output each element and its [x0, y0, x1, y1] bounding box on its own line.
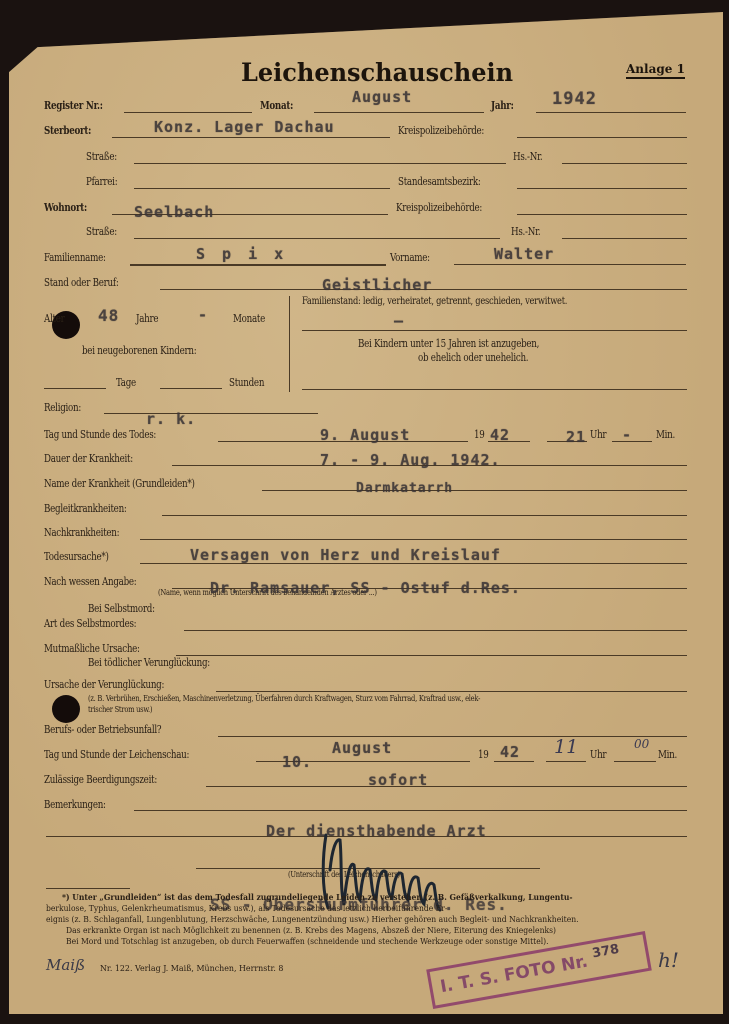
kinder-note-line1: Bei Kindern unter 15 Jahren ist anzugebe… [358, 337, 539, 350]
alter-monate-label: Monate [233, 312, 265, 325]
leichenschau-uhr-label: Uhr [590, 748, 606, 761]
document-title: Leichenschauschein [241, 58, 513, 87]
mutmassliche-label: Mutmaßliche Ursache: [44, 642, 140, 655]
bemerkungen-line [134, 810, 687, 811]
footnote-line-4: Das erkrankte Organ ist nach Möglichkeit… [66, 925, 556, 935]
nachkrankheiten-line [140, 539, 687, 540]
register-nr-label: Register Nr.: [44, 99, 103, 112]
todestag-hour-value: 21 [566, 428, 586, 446]
name-krankheit-line [262, 490, 687, 491]
strasse-2-label: Straße: [86, 225, 117, 238]
leichenschau-min-label: Min. [658, 748, 677, 761]
standesamtsbezirk-label: Standesamtsbezirk: [398, 175, 481, 188]
dauer-label: Dauer der Krankheit: [44, 452, 133, 465]
neugeboren-label: bei neugeborenen Kindern: [82, 344, 196, 357]
todestag-min-value: - [622, 426, 632, 444]
alter-jahre-value: 48 [98, 306, 119, 325]
monat-label: Monat: [260, 99, 293, 112]
monat-value: August [352, 88, 412, 106]
ursache-hint-line2: trischer Strom usw.) [88, 705, 152, 715]
todesursache-value: Versagen von Herz und Kreislauf [190, 546, 501, 564]
familienname-value: S p i x [196, 245, 287, 263]
leichenschau-year-line [494, 761, 534, 762]
todestag-year-prefix: 19 [474, 428, 485, 441]
pfarrei-label: Pfarrei: [86, 175, 117, 188]
footnote-line-2: berkulose, Typhus, Gelenkrheumatismus, K… [46, 903, 447, 913]
kreispolizei-1-line [517, 137, 687, 138]
leichenschau-year-prefix: 19 [478, 748, 489, 761]
standesamtsbezirk-line [517, 188, 687, 189]
stunden-line [160, 388, 222, 389]
publisher-imprint: Nr. 122. Verlag J. Maiß, München, Herrns… [100, 964, 283, 974]
wohnort-value: Seelbach [134, 203, 214, 221]
hsnr-2-line [562, 238, 687, 239]
leichenschau-year-value: 42 [500, 743, 520, 761]
name-krankheit-value: Darmkatarrh [356, 481, 453, 496]
punch-hole-bottom [52, 695, 80, 723]
kinder-line [302, 389, 687, 390]
jahr-value: 1942 [552, 89, 597, 109]
leichenschau-month-value: August [332, 739, 392, 757]
footnote-line-3: eignis (z. B. Schlaganfall, Lungenblutun… [46, 914, 579, 924]
monat-line [314, 112, 484, 113]
art-selbstmord-label: Art des Selbstmordes: [44, 617, 136, 630]
kreispolizei-2-label: Kreispolizeibehörde: [396, 201, 482, 214]
ursache-verunglueckung-label: Ursache der Verunglückung: [44, 678, 164, 691]
hsnr-1-label: Hs.-Nr. [513, 150, 542, 163]
leichenschau-min-value: 00 [634, 737, 649, 751]
register-nr-line [124, 112, 252, 113]
sterbeort-label: Sterbeort: [44, 124, 91, 137]
angabe-value: Dr. Ramsauer, SS - Ostuf d.Res. [210, 579, 521, 597]
toedlich-label: Bei tödlicher Verunglückung: [88, 656, 210, 669]
kreispolizei-2-line [517, 214, 687, 215]
alter-monate-value: - [198, 306, 208, 324]
religion-value: r. k. [146, 410, 196, 428]
begleitkrankheiten-line [162, 515, 687, 516]
tage-label: Tage [116, 376, 136, 389]
footnote-line-1: *) Unter „Grundleiden“ ist das dem Todes… [62, 892, 573, 902]
hsnr-2-label: Hs.-Nr. [511, 225, 540, 238]
todestag-date-value: 9. August [320, 426, 410, 444]
selbstmord-label: Bei Selbstmord: [88, 602, 155, 615]
age-block-divider [289, 296, 290, 392]
begleitkrankheiten-label: Begleitkrankheiten: [44, 502, 127, 515]
stunden-label: Stunden [229, 376, 264, 389]
alter-jahre-label: Jahre [136, 312, 158, 325]
familienname-line [130, 264, 386, 266]
hsnr-1-line [562, 163, 687, 164]
familienstand-line [302, 330, 687, 331]
pfarrei-line [134, 188, 390, 189]
jahr-line [536, 112, 686, 113]
publisher-logo: Maiß [46, 956, 85, 974]
vorname-line [454, 264, 686, 265]
leichenschau-hour-line [546, 761, 586, 762]
vorname-label: Vorname: [390, 251, 430, 264]
religion-line [104, 413, 318, 414]
footnote-rule [46, 888, 130, 889]
dauer-value: 7. - 9. Aug. 1942. [320, 451, 501, 469]
mutmassliche-line [176, 655, 687, 656]
nachkrankheiten-label: Nachkrankheiten: [44, 526, 119, 539]
strasse-1-label: Straße: [86, 150, 117, 163]
strasse-2-line [134, 238, 500, 239]
kinder-note-line2: ob ehelich oder unehelich. [418, 351, 528, 364]
sterbeort-line [112, 137, 390, 138]
todestag-label: Tag und Stunde des Todes: [44, 428, 156, 441]
beerdigung-label: Zulässige Beerdigungszeit: [44, 773, 157, 786]
name-krankheit-label: Name der Krankheit (Grundleiden*) [44, 477, 195, 490]
todestag-min-label: Min. [656, 428, 675, 441]
handwritten-initials: h! [658, 948, 679, 972]
kreispolizei-1-label: Kreispolizeibehörde: [398, 124, 484, 137]
jahr-label: Jahr: [491, 99, 514, 112]
wohnort-label: Wohnort: [44, 201, 87, 214]
familienname-label: Familienname: [44, 251, 106, 264]
berufsunfall-line [218, 736, 687, 737]
sterbeort-value: Konz. Lager Dachau [154, 118, 335, 136]
stand-beruf-value: Geistlicher [322, 276, 432, 294]
beerdigung-line [206, 786, 687, 787]
todestag-year-value: 42 [490, 426, 510, 444]
ursache-hint-line1: (z. B. Verbrühen, Erschießen, Maschinenv… [88, 694, 480, 704]
leichenschau-label: Tag und Stunde der Leichenschau: [44, 748, 189, 761]
vorname-value: Walter [494, 245, 554, 263]
leichenschau-min-line [614, 761, 656, 762]
strasse-1-line [134, 163, 506, 164]
todestag-uhr-label: Uhr [590, 428, 606, 441]
bemerkungen-label: Bemerkungen: [44, 798, 106, 811]
annex-label: Anlage 1 [626, 62, 685, 79]
leichenschau-hour-value: 11 [554, 736, 578, 758]
familienstand-value: — [394, 312, 404, 330]
todesursache-label: Todesursache*) [44, 550, 109, 563]
ursache-verunglueckung-line [216, 691, 687, 692]
leichenschau-day-value: 10. [282, 753, 312, 771]
stand-beruf-label: Stand oder Beruf: [44, 276, 118, 289]
berufsunfall-label: Berufs- oder Betriebsunfall? [44, 723, 161, 736]
stamp-number: 378 [591, 942, 620, 961]
beerdigung-value: sofort [368, 771, 428, 789]
art-selbstmord-line [184, 630, 687, 631]
alter-label: Alter [44, 312, 65, 325]
angabe-label: Nach wessen Angabe: [44, 575, 136, 588]
familienstand-label: Familienstand: ledig, verheiratet, getre… [302, 295, 567, 307]
footnote-line-5: Bei Mord und Totschlag ist anzugeben, ob… [66, 936, 549, 946]
tage-line [44, 388, 106, 389]
religion-label: Religion: [44, 401, 81, 414]
